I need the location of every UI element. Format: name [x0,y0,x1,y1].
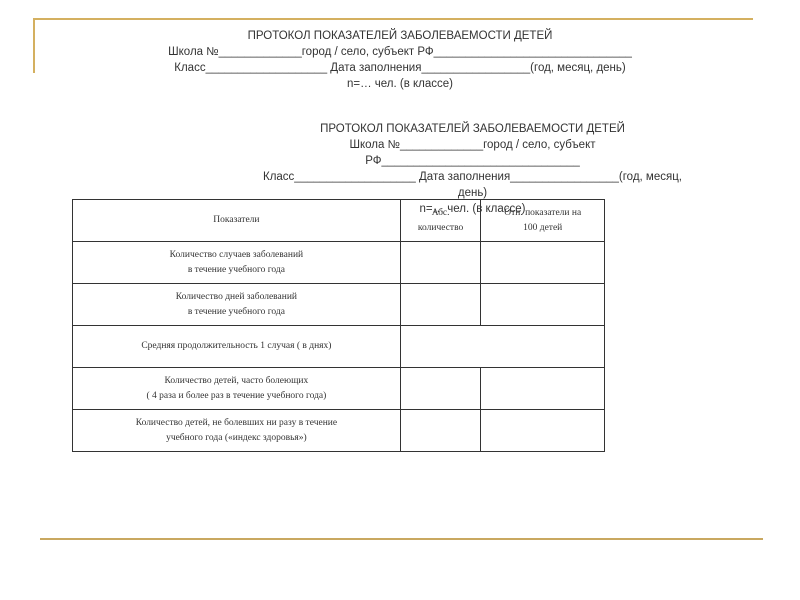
table-header-row: Показатели Абс. количество Отн. показате… [73,200,605,242]
indicator-cell: Количество дней заболеванийв течение уче… [73,284,401,326]
rel-value-cell[interactable] [481,368,605,410]
protocol-header-primary: ПРОТОКОЛ ПОКАЗАТЕЛЕЙ ЗАБОЛЕВАЕМОСТИ ДЕТЕ… [100,28,700,92]
merged-value-cell[interactable] [400,326,604,368]
indicator-cell: Количество детей, часто болеющих( 4 раза… [73,368,401,410]
table-row: Количество дней заболеванийв течение уче… [73,284,605,326]
protocol-title-secondary: ПРОТОКОЛ ПОКАЗАТЕЛЕЙ ЗАБОЛЕВАЕМОСТИ ДЕТЕ… [230,121,715,137]
header-absolute-count: Абс. количество [400,200,481,242]
school-line: Школа №_____________город / село, субъек… [100,44,700,60]
decorative-frame-left-line [33,18,35,73]
rf-line-secondary: РФ_______________________________ [230,153,715,169]
abs-value-cell[interactable] [400,284,481,326]
table-row: Количество детей, часто болеющих( 4 раза… [73,368,605,410]
rel-value-cell[interactable] [481,242,605,284]
abs-value-cell[interactable] [400,242,481,284]
abs-value-cell[interactable] [400,410,481,452]
abs-value-cell[interactable] [400,368,481,410]
table-row: Средняя продолжительность 1 случая ( в д… [73,326,605,368]
table-row: Количество случаев заболеванийв течение … [73,242,605,284]
class-date-line-secondary: Класс___________________ Дата заполнения… [230,169,715,185]
header-relative-per-100: Отн. показатели на 100 детей [481,200,605,242]
count-line: n=… чел. (в классе) [100,76,700,92]
protocol-title: ПРОТОКОЛ ПОКАЗАТЕЛЕЙ ЗАБОЛЕВАЕМОСТИ ДЕТЕ… [100,28,700,44]
school-line-secondary: Школа №_____________город / село, субъек… [230,137,715,153]
indicator-cell: Средняя продолжительность 1 случая ( в д… [73,326,401,368]
decorative-frame-top-line [33,18,753,20]
table-row: Количество детей, не болевших ни разу в … [73,410,605,452]
class-date-line: Класс___________________ Дата заполнения… [100,60,700,76]
morbidity-indicators-table: Показатели Абс. количество Отн. показате… [72,199,605,452]
rel-value-cell[interactable] [481,410,605,452]
rel-value-cell[interactable] [481,284,605,326]
indicator-cell: Количество детей, не болевших ни разу в … [73,410,401,452]
indicator-cell: Количество случаев заболеванийв течение … [73,242,401,284]
header-indicators: Показатели [73,200,401,242]
decorative-bottom-line [40,538,763,540]
